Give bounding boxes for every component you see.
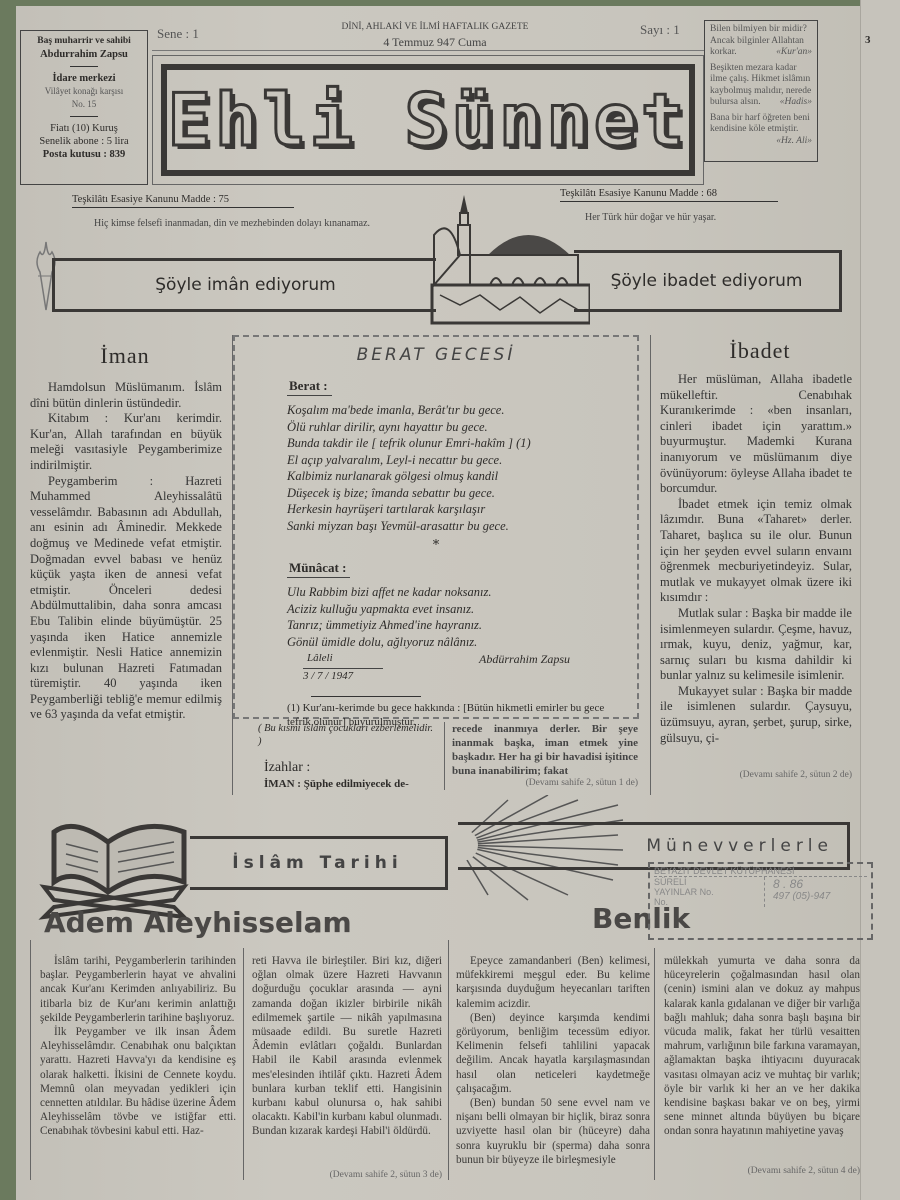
adem-article-col2: reti Havva ile birleştiler. Biri kız, di… (252, 954, 442, 1139)
column-divider (654, 948, 655, 1180)
continued-note: (Devamı sahife 2, sütun 1 de) (452, 778, 638, 788)
banner-iman: Şöyle imân ediyorum (52, 258, 436, 312)
stamp-text: No. (654, 897, 764, 907)
paragraph: Peygamberim : Hazreti Muhammed Aleyhissa… (30, 474, 222, 724)
stamp-value: 8 . 86 (773, 877, 830, 891)
library-stamp: BEYAZIT DEVLET KÜTÜPHANESİ SÜRELİ YAYINL… (648, 862, 873, 940)
paragraph: Mutlak sular : Başka bir madde ile isiml… (660, 606, 852, 684)
paragraph: Mukayyet sular : Başka bir madde ile isi… (660, 684, 852, 746)
mosque-illustration-icon (430, 195, 590, 325)
law-title: Teşkilâtı Esasiye Kanunu Madde : 75 (72, 194, 294, 208)
office-no: No. 15 (24, 98, 144, 111)
islam-tarihi-banner: İslâm Tarihi (190, 836, 448, 890)
masthead-title: Ehli Sünnet (168, 78, 689, 162)
benlik-article-col2: mülekkah yumurta ve daha sonra da hüceyr… (664, 954, 860, 1139)
law-text: Her Türk hür doğar ve hür yaşar. (585, 212, 716, 223)
stamp-text: YAYINLAR No. (654, 887, 764, 897)
ibadet-title: İbadet (660, 338, 860, 364)
quote-box: Bilen bilmiyen bir midir? Ancak bilginle… (704, 20, 818, 162)
benlik-article-col1: Epeyce zamandanberi (Ben) kelimesi, müfe… (456, 954, 650, 1167)
masthead: Ehli Sünnet (152, 55, 704, 185)
column-divider (650, 335, 651, 795)
quote-item: Bilen bilmiyen bir midir? Ancak bilginle… (710, 24, 812, 59)
poem-section-label: Münâcat : (287, 560, 350, 578)
po-box: Posta kutusu : 839 (24, 148, 144, 161)
poem-date: 3 / 7 / 1947 (303, 668, 383, 682)
column-divider (30, 940, 31, 1180)
editor-name: Abdurrahim Zapsu (24, 48, 144, 61)
banner-label: Münevverlerle (646, 836, 833, 856)
issue-label: Sayı : 1 (640, 22, 680, 38)
stamp-value: 497 (05)-947 (773, 891, 830, 902)
continued-note: (Devamı sahife 2, sütun 3 de) (252, 1170, 442, 1180)
issue-date: 4 Temmuz 947 Cuma (300, 35, 570, 50)
separator-star-icon: * (247, 538, 625, 553)
editor-label: Baş muharrir ve sahibi (24, 35, 144, 48)
office-label: İdare merkezi (24, 72, 144, 85)
column-divider (444, 722, 445, 790)
paragraph: İbadet etmek için temiz olmak lâzımdır. … (660, 497, 852, 606)
divider (70, 66, 98, 67)
banner-label: İslâm Tarihi (232, 853, 402, 873)
stamp-text: SÜRELİ (654, 877, 764, 887)
poem-place: Lâleli (307, 652, 333, 664)
adem-title: Adem Aleyhisselam (44, 906, 352, 939)
law-left: Teşkilâtı Esasiye Kanunu Madde : 75 (72, 194, 294, 208)
column-divider (243, 948, 244, 1180)
poem-signature: Lâleli Abdürrahim Zapsu 3 / 7 / 1947 (247, 652, 625, 688)
poem-section-label: Berat : (287, 378, 332, 396)
paragraph: Her müslüman, Allaha ibadetle mükellefti… (660, 372, 852, 497)
poem-lines: Koşalım ma'bede imanla, Berât'tır bu gec… (287, 402, 625, 534)
berat-poem-box: BERAT GECESİ Berat : Koşalım ma'bede ima… (233, 335, 639, 719)
paragraph: İlk Peygamber ve ilk insan Âdem Aleyhiss… (40, 1025, 236, 1139)
law-right: Teşkilâtı Esasiye Kanunu Madde : 68 (560, 188, 778, 202)
stamp-text: BEYAZIT DEVLET KÜTÜPHANESİ (654, 866, 867, 877)
next-page-edge: 3 (860, 0, 900, 1200)
tagline: DİNİ, AHLAKİ VE İLMİ HAFTALIK GAZETE (300, 22, 570, 32)
banner-label: Şöyle ibadet ediyorum (611, 271, 803, 291)
divider (70, 116, 98, 117)
law-text: Hiç kimse felsefi inanmadan, din ve mezh… (94, 218, 434, 229)
paragraph: Kitabım : Kur'anı kerimdir. Kur'an, Alla… (30, 411, 222, 473)
continued-note: (Devamı sahife 2, sütun 4 de) (664, 1166, 860, 1176)
adem-article-col1: İslâm tarihi, Peygamberlerin tarihinden … (40, 954, 236, 1139)
izahlar-title: İzahlar : (264, 760, 310, 776)
header-rule (152, 50, 704, 51)
banner-label: Şöyle imân ediyorum (155, 275, 335, 295)
izahlar-text-right: recede inanmıya derler. Bir şeye inanmak… (452, 722, 638, 778)
paragraph: Hamdolsun Müslümanım. İslâm dîni bütün d… (30, 380, 222, 411)
poem-title: BERAT GECESİ (247, 345, 625, 365)
quote-item: Bana bir harf öğreten beni kendisine köl… (710, 113, 812, 136)
continued-note: (Devamı sahife 2, sütun 2 de) (660, 770, 852, 780)
iman-article: Hamdolsun Müslümanım. İslâm dîni bütün d… (30, 380, 222, 723)
year-label: Sene : 1 (157, 26, 199, 42)
office-address: Vilâyet konağı karşısı (24, 85, 144, 98)
subscription: Senelik abone : 5 lira (24, 135, 144, 148)
poem-author: Abdürrahim Zapsu (479, 652, 570, 667)
paragraph: Epeyce zamandanberi (Ben) kelimesi, müfe… (456, 954, 650, 1011)
law-title: Teşkilâtı Esasiye Kanunu Madde : 68 (560, 188, 778, 202)
izahlar-text-left: İMAN : Şüphe edilmiyecek de- (264, 778, 444, 790)
iman-title: İman (30, 343, 220, 369)
poem-lines: Ulu Rabbim bizi affet ne kadar noksanız.… (287, 584, 625, 650)
quote-item: Beşikten mezara kadar ilme çalış. Hikmet… (710, 63, 812, 109)
page-number: 3 (865, 34, 871, 46)
column-divider (448, 940, 449, 1180)
izahlar-note: ( Bu kısmı islâm çocukları ezberlemelidi… (258, 722, 438, 748)
paragraph: (Ben) deyince karşımda kendimi görüyorum… (456, 1011, 650, 1096)
footnote-rule (311, 696, 421, 697)
ibadet-article: Her müslüman, Allaha ibadetle mükellefti… (660, 372, 852, 746)
publisher-info-box: Baş muharrir ve sahibi Abdurrahim Zapsu … (20, 30, 148, 185)
banner-ibadet: Şöyle ibadet ediyorum (574, 250, 842, 312)
paragraph: (Ben) bundan 50 sene evvel nam ve nişanı… (456, 1096, 650, 1167)
price: Fiatı (10) Kuruş (24, 122, 144, 135)
paragraph: İslâm tarihi, Peygamberlerin tarihinden … (40, 954, 236, 1025)
